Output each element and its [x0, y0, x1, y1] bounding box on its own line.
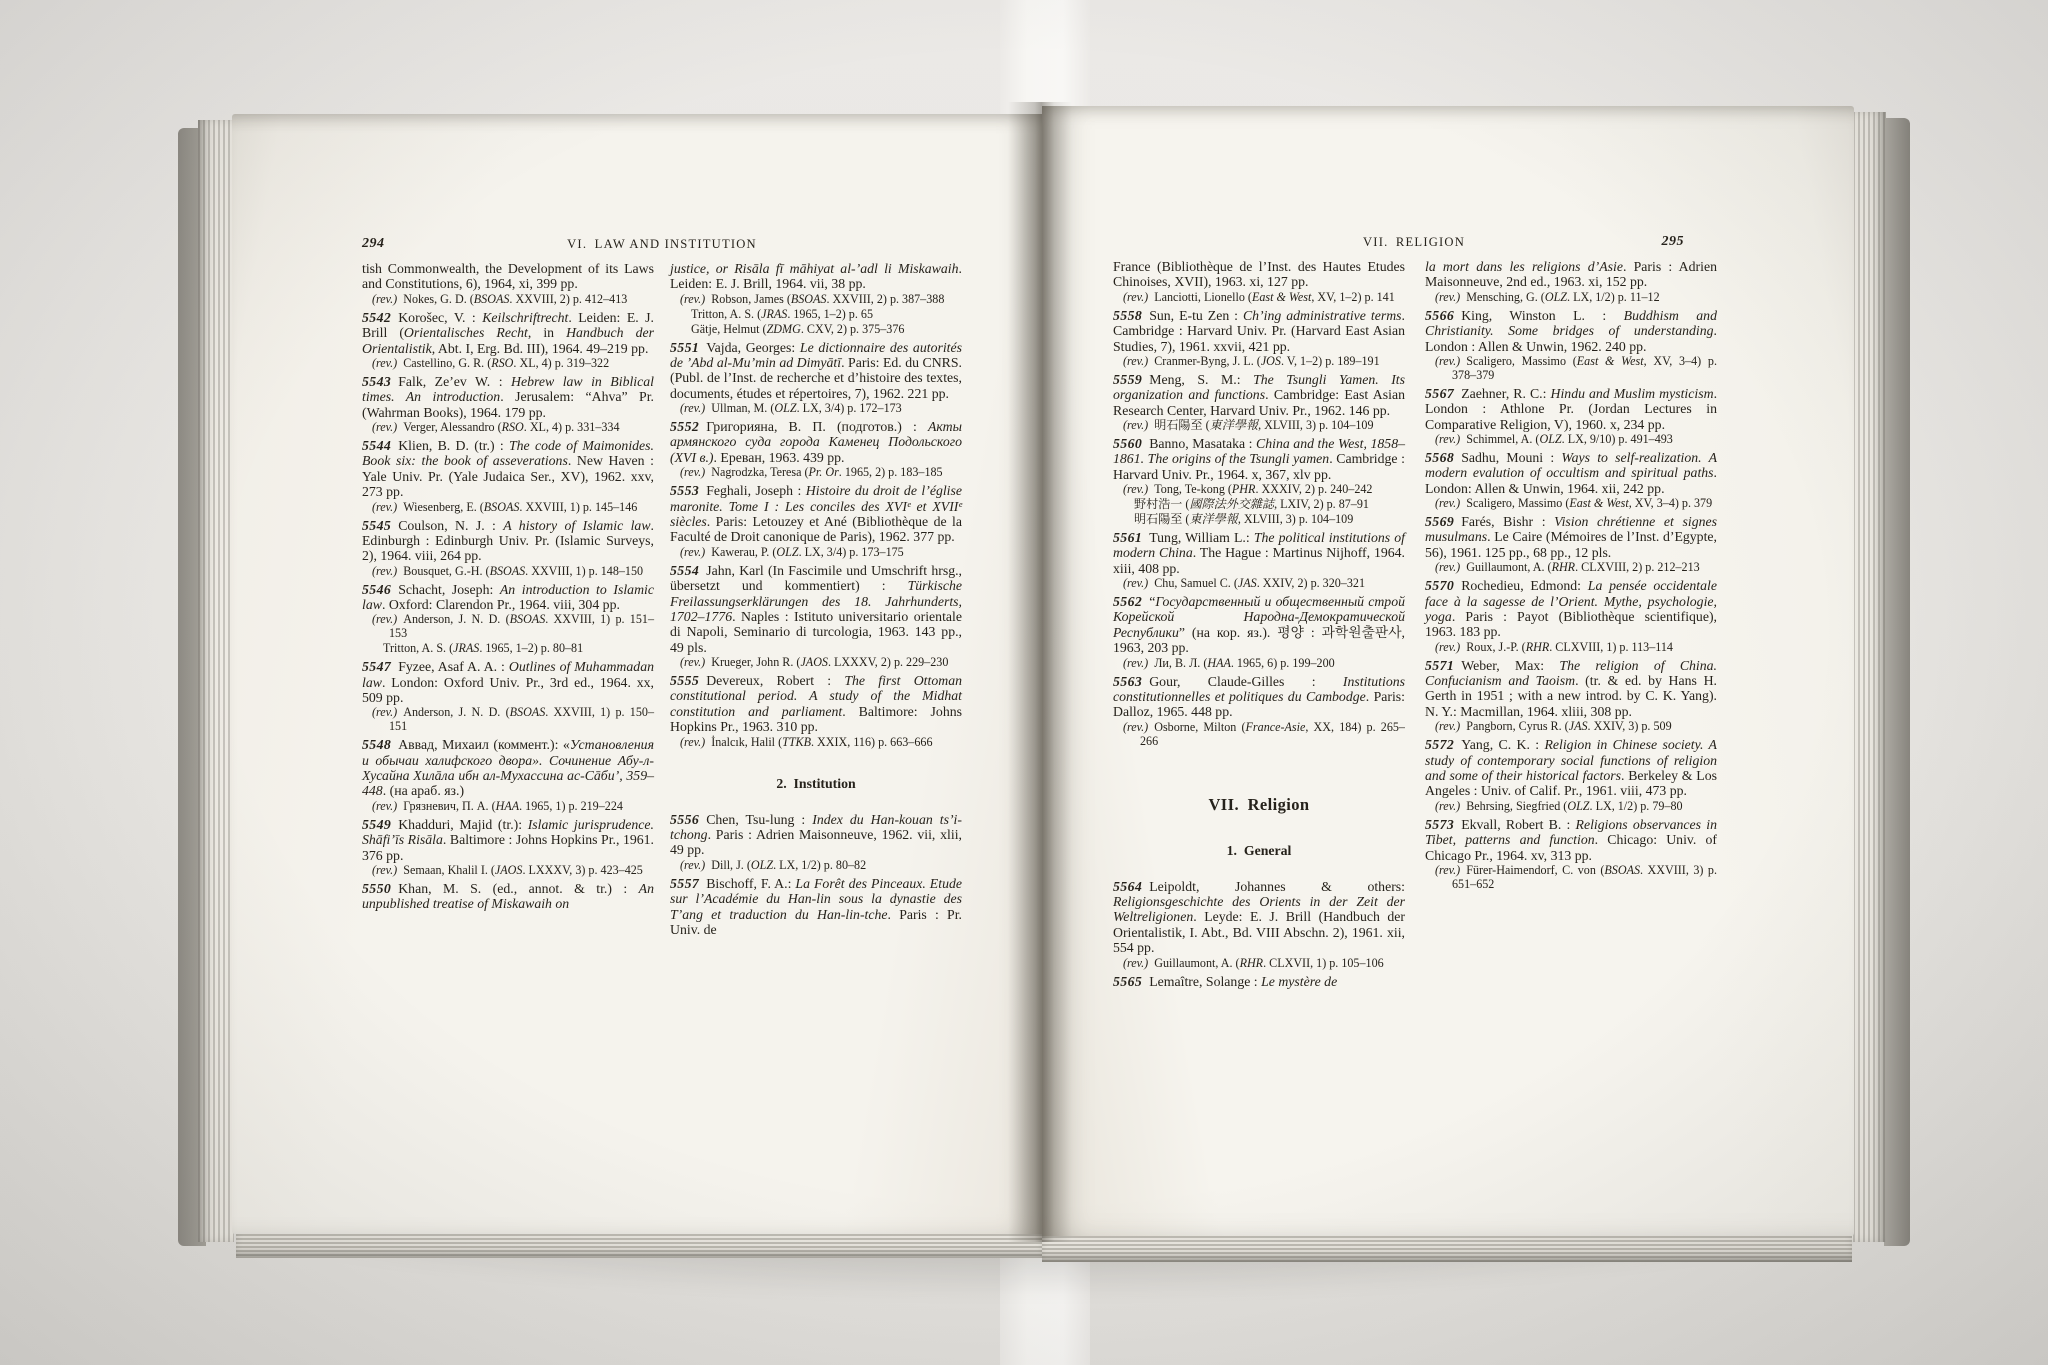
entry-number: 5565 — [1113, 974, 1149, 989]
reviewer-name: Nokes, G. D. ( — [403, 292, 474, 306]
review-citation: . 1965, 2) p. 183–185 — [839, 465, 943, 479]
entry-number: 5567 — [1425, 386, 1461, 401]
review-citation: . XXVIII, 1) p. 148–150 — [525, 564, 643, 578]
body-text: Ekvall, Robert B. : — [1461, 817, 1575, 832]
review-label: (rev.) — [1123, 482, 1154, 496]
bib-entry: 5542Korošec, V. : Keilschriftrecht. Leid… — [362, 310, 654, 356]
journal-abbreviation: ZDMG — [767, 322, 801, 336]
review-line: (rev.) Ullman, M. (OLZ. LX, 3/4) p. 172–… — [670, 402, 962, 416]
entry-number: 5570 — [1425, 578, 1461, 593]
review-label: (rev.) — [372, 500, 403, 514]
reviewer-name: Dill, J. ( — [711, 858, 751, 872]
entry-number: 5559 — [1113, 372, 1149, 387]
review-line: (rev.) Nokes, G. D. (BSOAS. XXVIII, 2) p… — [362, 293, 654, 307]
journal-abbreviation: PHR — [1232, 482, 1256, 496]
entry-number: 5573 — [1425, 817, 1461, 832]
review-citation: . CLXVIII, 1) p. 113–114 — [1549, 640, 1673, 654]
review-citation: . 1965, 1–2) p. 65 — [787, 307, 873, 321]
body-text: Meng, S. M.: — [1149, 372, 1253, 387]
bib-entry: 5554Jahn, Karl (In Fascimile und Umschri… — [670, 563, 962, 655]
entry-number: 5543 — [362, 374, 398, 389]
review-citation: , LXIV, 2) p. 87–91 — [1274, 497, 1369, 511]
journal-abbreviation: RSO — [502, 420, 524, 434]
reviewer-name: Anderson, J. N. D. ( — [403, 612, 509, 626]
work-title: Le mystère de — [1261, 974, 1337, 989]
journal-abbreviation: JAS — [1569, 719, 1588, 733]
journal-abbreviation: OLZ — [774, 401, 796, 415]
body-text: Zaehner, R. C.: — [1461, 386, 1550, 401]
bib-entry: 5549Khadduri, Majid (tr.): Islamic juris… — [362, 817, 654, 863]
review-line: (rev.) Osborne, Milton (France-Asie, XX,… — [1113, 721, 1405, 749]
review-line: Tritton, A. S. (JRAS. 1965, 1–2) p. 80–8… — [362, 642, 654, 656]
bib-entry: 5558Sun, E-tu Zen : Ch’ing administrativ… — [1113, 308, 1405, 354]
journal-abbreviation: НАА — [1207, 656, 1231, 670]
body-text: Bischoff, F. A.: — [706, 876, 795, 891]
work-title: Orientalisches Recht — [404, 325, 528, 340]
review-line: (rev.) Ли, В. Л. (НАА. 1965, 6) p. 199–2… — [1113, 657, 1405, 671]
bib-entry: 5566King, Winston L. : Buddhism and Chri… — [1425, 308, 1717, 354]
bib-entry: 5567Zaehner, R. C.: Hindu and Muslim mys… — [1425, 386, 1717, 432]
body-text: , Abt. I, Erg. Bd. III), 1964. 49–219 pp… — [432, 341, 649, 356]
bib-entry: 5557Bischoff, F. A.: La Forêt des Pincea… — [670, 876, 962, 938]
section-heading: VII. Religion — [1113, 795, 1405, 815]
review-label: (rev.) — [680, 465, 711, 479]
bib-entry: 5545Coulson, N. J. : A history of Islami… — [362, 518, 654, 564]
review-citation: . XXVIII, 2) p. 387–388 — [826, 292, 944, 306]
bib-entry: 5547Fyzee, Asaf A. A. : Outlines of Muha… — [362, 659, 654, 705]
body-text: . Ереван, 1963. 439 pp. — [714, 450, 845, 465]
journal-abbreviation: East & West — [1569, 496, 1628, 510]
review-label: (rev.) — [1123, 576, 1154, 590]
entry-number: 5572 — [1425, 737, 1461, 752]
review-label: (rev.) — [1435, 799, 1466, 813]
body-text: Farés, Bishr : — [1461, 514, 1554, 529]
review-line: (rev.) Roux, J.-P. (RHR. CLXVIII, 1) p. … — [1425, 641, 1717, 655]
review-citation: , XLVIII, 3) p. 104–109 — [1258, 418, 1373, 432]
journal-abbreviation: BSOAS — [510, 612, 546, 626]
review-line: (rev.) Scaligero, Massimo (East & West, … — [1425, 497, 1717, 511]
body-text: Khan, M. S. (ed., annot. & tr.) : — [398, 881, 638, 896]
bib-entry: 5568Sadhu, Mouni : Ways to self-realizat… — [1425, 450, 1717, 496]
body-text: . Oxford: Clarendon Pr., 1964. viii, 304… — [382, 597, 620, 612]
review-citation: . XXVIII, 2) p. 412–413 — [509, 292, 627, 306]
reviewer-name: Ullman, M. ( — [711, 401, 774, 415]
review-label: (rev.) — [1435, 290, 1466, 304]
review-label: (rev.) — [372, 799, 403, 813]
review-citation: . XL, 4) p. 331–334 — [524, 420, 620, 434]
column-4: la mort dans les religions d’Asie. Paris… — [1425, 259, 1717, 892]
review-citation: . 1965, 6) p. 199–200 — [1231, 656, 1335, 670]
journal-abbreviation: TTKB — [782, 735, 811, 749]
column-2: justice, or Risāla fī māhiyat al-’adl li… — [670, 261, 962, 937]
body-text: Tung, William L.: — [1149, 530, 1254, 545]
reviewer-name: Guillaumont, A. ( — [1154, 956, 1239, 970]
reviewer-name: Robson, James ( — [711, 292, 791, 306]
review-line: (rev.) Semaan, Khalil I. (JAOS. LXXXV, 3… — [362, 864, 654, 878]
entry-number: 5563 — [1113, 674, 1149, 689]
right-page: VII. RELIGION 295 France (Bibliothèque d… — [1042, 106, 1854, 1236]
review-line: (rev.) Tong, Te-kong (PHR. XXXIV, 2) p. … — [1113, 483, 1405, 497]
reviewer-name: Roux, J.-P. ( — [1466, 640, 1525, 654]
reviewer-name: Guillaumont, A. ( — [1466, 560, 1551, 574]
review-line: (rev.) Behrsing, Siegfried (OLZ. LX, 1/2… — [1425, 800, 1717, 814]
body-text: Leipoldt, Johannes & others: — [1149, 879, 1405, 894]
bib-entry-continuation: tish Commonwealth, the Development of it… — [362, 261, 654, 292]
review-line: (rev.) Mensching, G. (OLZ. LX, 1/2) p. 1… — [1425, 291, 1717, 305]
reviewer-name: Bousquet, G.-H. ( — [403, 564, 489, 578]
entry-number: 5555 — [670, 673, 706, 688]
review-line: (rev.) Kawerau, P. (OLZ. LX, 3/4) p. 173… — [670, 546, 962, 560]
journal-abbreviation: 東洋學報 — [1189, 512, 1237, 526]
review-label: (rev.) — [680, 545, 711, 559]
review-line: (rev.) Guillaumont, A. (RHR. CLXVII, 1) … — [1113, 957, 1405, 971]
work-title: Keilschriftrecht — [482, 310, 568, 325]
entry-number: 5544 — [362, 438, 398, 453]
review-label: (rev.) — [372, 564, 403, 578]
bib-entry: 5555Devereux, Robert : The first Ottoman… — [670, 673, 962, 735]
body-text: Coulson, N. J. : — [398, 518, 503, 533]
review-citation: . CLXVII, 1) p. 105–106 — [1263, 956, 1384, 970]
review-citation: . 1965, 1) p. 219–224 — [519, 799, 623, 813]
review-label: (rev.) — [680, 401, 711, 415]
review-line: (rev.) Anderson, J. N. D. (BSOAS. XXVIII… — [362, 613, 654, 641]
review-citation: . XXIX, 116) p. 663–666 — [811, 735, 933, 749]
review-line: (rev.) Nagrodzka, Teresa (Pr. Or. 1965, … — [670, 466, 962, 480]
body-text: Schacht, Joseph: — [398, 582, 500, 597]
bib-entry: 5546Schacht, Joseph: An introduction to … — [362, 582, 654, 613]
review-label: (rev.) — [372, 356, 403, 370]
reviewer-name: Gätje, Helmut ( — [691, 322, 767, 336]
journal-abbreviation: JAOS — [800, 655, 828, 669]
body-text: Vajda, Georges: — [706, 340, 800, 355]
reviewer-name: İnalcık, Halil ( — [711, 735, 782, 749]
entry-number: 5542 — [362, 310, 398, 325]
page-stack-right — [1850, 112, 1886, 1242]
running-head-left: VI. LAW AND INSTITUTION — [364, 237, 960, 252]
reviewer-name: Lanciotti, Lionello ( — [1154, 290, 1252, 304]
review-line: 野村浩一 (國際法外交雜誌, LXIV, 2) p. 87–91 — [1113, 498, 1405, 512]
reviewer-name: Грязневич, П. А. ( — [403, 799, 495, 813]
journal-abbreviation: BSOAS — [490, 564, 526, 578]
bib-entry: 5573Ekvall, Robert B. : Religions observ… — [1425, 817, 1717, 863]
work-title: Ch’ing administrative terms — [1243, 308, 1402, 323]
journal-abbreviation: JRAS — [761, 307, 787, 321]
page-stack-bottom-right — [1042, 1234, 1852, 1262]
review-citation: . XL, 4) p. 319–322 — [513, 356, 609, 370]
journal-abbreviation: BSOAS — [474, 292, 510, 306]
journal-abbreviation: BSOAS — [791, 292, 827, 306]
body-text: Gour, Claude-Gilles : — [1149, 674, 1343, 689]
reviewer-name: Cranmer-Byng, J. L. ( — [1154, 354, 1261, 368]
reviewer-name: Scaligero, Massimo ( — [1466, 496, 1569, 510]
review-line: (rev.) Robson, James (BSOAS. XXVIII, 2) … — [670, 293, 962, 307]
review-label: (rev.) — [1123, 720, 1154, 734]
body-text: Devereux, Robert : — [706, 673, 844, 688]
review-line: (rev.) Guillaumont, A. (RHR. CLXVIII, 2)… — [1425, 561, 1717, 575]
bib-entry: 5563Gour, Claude-Gilles : Institutions c… — [1113, 674, 1405, 720]
reviewer-name: Tritton, A. S. ( — [691, 307, 761, 321]
bib-entry: 5571Weber, Max: The religion of China. C… — [1425, 658, 1717, 720]
entry-number: 5566 — [1425, 308, 1461, 323]
page-stack-bottom-left — [236, 1232, 1042, 1258]
review-citation: , XV, 3–4) p. 379 — [1629, 496, 1712, 510]
review-label: (rev.) — [1435, 719, 1466, 733]
bib-entry: 5552Григорияна, В. П. (подготов.) : Акты… — [670, 419, 962, 465]
body-text: France (Bibliothèque de l’Inst. des Haut… — [1113, 259, 1405, 289]
review-label: (rev.) — [680, 735, 711, 749]
body-text: . London: Oxford Univ. Pr., 3rd ed., 196… — [362, 675, 654, 705]
journal-abbreviation: RHR — [1552, 560, 1576, 574]
reviewer-name: Tritton, A. S. ( — [383, 641, 453, 655]
reviewer-name: Chu, Samuel C. ( — [1154, 576, 1238, 590]
body-text: . Paris : Adrien Maisonneuve, 1962. vii,… — [670, 827, 962, 857]
bib-entry: 5550Khan, M. S. (ed., annot. & tr.) : An… — [362, 881, 654, 912]
review-label: (rev.) — [1123, 656, 1154, 670]
reviewer-name: Kawerau, P. ( — [711, 545, 776, 559]
review-citation: . XXVIII, 1) p. 145–146 — [519, 500, 637, 514]
review-label: (rev.) — [1435, 496, 1466, 510]
review-label: (rev.) — [372, 705, 403, 719]
work-title: A history of Islamic law — [503, 518, 650, 533]
reviewer-name: 明石陽至 ( — [1154, 418, 1209, 432]
entry-number: 5571 — [1425, 658, 1461, 673]
review-citation: . XXXIV, 2) p. 240–242 — [1255, 482, 1372, 496]
bib-entry: 5570Rochedieu, Edmond: La pensée occiden… — [1425, 578, 1717, 640]
book-photo: 294 VI. LAW AND INSTITUTION tish Commonw… — [0, 0, 2048, 1365]
entry-number: 5545 — [362, 518, 398, 533]
bib-entry: 5561Tung, William L.: The political inst… — [1113, 530, 1405, 576]
body-text: Lemaître, Solange : — [1149, 974, 1261, 989]
entry-number: 5552 — [670, 419, 706, 434]
entry-number: 5551 — [670, 340, 706, 355]
review-citation: . 1965, 1–2) p. 80–81 — [479, 641, 583, 655]
review-line: (rev.) Грязневич, П. А. (НАА. 1965, 1) p… — [362, 800, 654, 814]
entry-number: 5549 — [362, 817, 398, 832]
journal-abbreviation: OLZ — [1545, 290, 1567, 304]
body-text: Yang, C. K. : — [1461, 737, 1544, 752]
journal-abbreviation: OLZ — [1567, 799, 1589, 813]
review-label: (rev.) — [1435, 640, 1466, 654]
reviewer-name: Verger, Alessandro ( — [403, 420, 501, 434]
body-text: Chen, Tsu-lung : — [706, 812, 812, 827]
body-text: Khadduri, Majid (tr.): — [398, 817, 527, 832]
body-text: Григорияна, В. П. (подготов.) : — [706, 419, 928, 434]
bib-entry: 5543Falk, Ze’ev W. : Hebrew law in Bibli… — [362, 374, 654, 420]
body-text: Rochedieu, Edmond: — [1461, 578, 1588, 593]
review-label: (rev.) — [1123, 354, 1154, 368]
body-text: Аввад, Михаил (коммент.): « — [398, 737, 570, 752]
review-citation: , XLVIII, 3) p. 104–109 — [1238, 512, 1353, 526]
bib-entry: 5544Klien, B. D. (tr.) : The code of Mai… — [362, 438, 654, 500]
body-text: . Paris: Letouzey et Ané (Bibliothèque d… — [670, 514, 962, 544]
journal-abbreviation: BSOAS — [484, 500, 520, 514]
reviewer-name: Wiesenberg, E. ( — [403, 500, 484, 514]
entry-number: 5550 — [362, 881, 398, 896]
reviewer-name: 明石陽至 ( — [1134, 512, 1189, 526]
bib-entry: 5569Farés, Bishr : Vision chrétienne et … — [1425, 514, 1717, 560]
entry-number: 5554 — [670, 563, 706, 578]
review-citation: . LX, 9/10) p. 491–493 — [1562, 432, 1673, 446]
work-title: justice, or Risāla fī māhiyat al-’adl li… — [670, 261, 959, 276]
journal-abbreviation: OLZ — [751, 858, 773, 872]
body-text: King, Winston L. : — [1461, 308, 1623, 323]
section-heading: 2. Institution — [670, 776, 962, 792]
journal-abbreviation: Pr. Or — [809, 465, 839, 479]
review-citation: . XXIV, 3) p. 509 — [1588, 719, 1672, 733]
review-label: (rev.) — [1123, 956, 1154, 970]
reviewer-name: 野村浩一 ( — [1134, 497, 1189, 511]
review-line: (rev.) Anderson, J. N. D. (BSOAS. XXVIII… — [362, 706, 654, 734]
review-line: (rev.) Fürer-Haimendorf, C. von (BSOAS. … — [1425, 864, 1717, 892]
journal-abbreviation: OLZ — [1539, 432, 1561, 446]
review-line: (rev.) 明石陽至 (東洋學報, XLVIII, 3) p. 104–109 — [1113, 419, 1405, 433]
review-citation: . LX, 3/4) p. 173–175 — [799, 545, 904, 559]
review-line: (rev.) Verger, Alessandro (RSO. XL, 4) p… — [362, 421, 654, 435]
review-line: Gätje, Helmut (ZDMG. CXV, 2) p. 375–376 — [670, 323, 962, 337]
bib-entry-continuation: France (Bibliothèque de l’Inst. des Haut… — [1113, 259, 1405, 290]
body-text: Sadhu, Mouni : — [1461, 450, 1561, 465]
review-line: (rev.) Pangborn, Cyrus R. (JAS. XXIV, 3)… — [1425, 720, 1717, 734]
bib-entry: 5548Аввад, Михаил (коммент.): «Установле… — [362, 737, 654, 799]
review-line: (rev.) Cranmer-Byng, J. L. (JOS. V, 1–2)… — [1113, 355, 1405, 369]
body-text: , in — [528, 325, 566, 340]
review-line: 明石陽至 (東洋學報, XLVIII, 3) p. 104–109 — [1113, 513, 1405, 527]
bib-entry: 5560Banno, Masataka : China and the West… — [1113, 436, 1405, 482]
review-citation: . LX, 3/4) p. 172–173 — [797, 401, 902, 415]
journal-abbreviation: JAOS — [495, 863, 523, 877]
journal-abbreviation: JAS — [1238, 576, 1257, 590]
reviewer-name: Nagrodzka, Teresa ( — [711, 465, 808, 479]
journal-abbreviation: 國際法外交雜誌 — [1189, 497, 1274, 511]
entry-number: 5569 — [1425, 514, 1461, 529]
review-line: (rev.) Dill, J. (OLZ. LX, 1/2) p. 80–82 — [670, 859, 962, 873]
review-label: (rev.) — [1123, 418, 1154, 432]
review-citation: . CXV, 2) p. 375–376 — [801, 322, 905, 336]
review-label: (rev.) — [372, 292, 403, 306]
review-label: (rev.) — [372, 420, 403, 434]
reviewer-name: Mensching, G. ( — [1466, 290, 1545, 304]
review-label: (rev.) — [1435, 354, 1466, 368]
journal-abbreviation: RHR — [1240, 956, 1264, 970]
review-label: (rev.) — [1123, 290, 1154, 304]
work-title: la mort dans les religions d’Asie — [1425, 259, 1623, 274]
review-citation: . LXXXV, 2) p. 229–230 — [828, 655, 948, 669]
journal-abbreviation: BSOAS — [510, 705, 546, 719]
work-title: Hindu and Muslim mysticism — [1551, 386, 1714, 401]
review-line: (rev.) Krueger, John R. (JAOS. LXXXV, 2)… — [670, 656, 962, 670]
body-text: tish Commonwealth, the Development of it… — [362, 261, 654, 291]
journal-abbreviation: JRAS — [453, 641, 479, 655]
bib-entry: 5551Vajda, Georges: Le dictionnaire des … — [670, 340, 962, 402]
book-cover-right-edge — [1884, 118, 1910, 1246]
section-heading: 1. General — [1113, 843, 1405, 859]
review-citation: . LXXXV, 3) p. 423–425 — [522, 863, 642, 877]
review-label: (rev.) — [680, 858, 711, 872]
review-citation: . V, 1–2) p. 189–191 — [1281, 354, 1380, 368]
review-label: (rev.) — [372, 863, 403, 877]
journal-abbreviation: OLZ — [776, 545, 798, 559]
entry-number: 5557 — [670, 876, 706, 891]
journal-abbreviation: 東洋學報 — [1210, 418, 1258, 432]
entry-number: 5560 — [1113, 436, 1149, 451]
body-text: . (на араб. яз.) — [383, 783, 464, 798]
page-stack-left — [198, 120, 234, 1242]
bib-entry: 5565Lemaître, Solange : Le mystère de — [1113, 974, 1405, 989]
review-label: (rev.) — [680, 655, 711, 669]
journal-abbreviation: East & West — [1577, 354, 1644, 368]
body-text: . Paris : Payot (Bibliothèque scientifiq… — [1425, 609, 1717, 639]
entry-number: 5558 — [1113, 308, 1149, 323]
review-citation: . CLXVIII, 2) p. 212–213 — [1575, 560, 1700, 574]
reviewer-name: Castellino, G. R. ( — [403, 356, 491, 370]
review-label: (rev.) — [372, 612, 403, 626]
review-citation: , XV, 1–2) p. 141 — [1311, 290, 1394, 304]
review-line: Tritton, A. S. (JRAS. 1965, 1–2) p. 65 — [670, 308, 962, 322]
entry-number: 5564 — [1113, 879, 1149, 894]
bib-entry-continuation: justice, or Risāla fī māhiyat al-’adl li… — [670, 261, 962, 292]
reviewer-name: Scaligero, Massimo ( — [1466, 354, 1577, 368]
review-citation: . LX, 1/2) p. 79–80 — [1590, 799, 1683, 813]
review-citation: . XXIV, 2) p. 320–321 — [1257, 576, 1365, 590]
reviewer-name: Anderson, J. N. D. ( — [403, 705, 509, 719]
bib-entry: 5556Chen, Tsu-lung : Index du Han-kouan … — [670, 812, 962, 858]
page-number-right: 295 — [1602, 234, 1684, 250]
body-text: Klien, B. D. (tr.) : — [398, 438, 509, 453]
bib-entry: 5553Feghali, Joseph : Histoire du droit … — [670, 483, 962, 545]
review-label: (rev.) — [1435, 863, 1466, 877]
body-text: Korošec, V. : — [398, 310, 482, 325]
body-text: Falk, Ze’ev W. : — [398, 374, 511, 389]
journal-abbreviation: НАА — [496, 799, 520, 813]
entry-number: 5561 — [1113, 530, 1149, 545]
bib-entry-continuation: la mort dans les religions d’Asie. Paris… — [1425, 259, 1717, 290]
reviewer-name: Pangborn, Cyrus R. ( — [1466, 719, 1568, 733]
reviewer-name: Fürer-Haimendorf, C. von ( — [1466, 863, 1604, 877]
reviewer-name: Semaan, Khalil I. ( — [403, 863, 495, 877]
reviewer-name: Tong, Te-kong ( — [1154, 482, 1232, 496]
body-text: Banno, Masataka : — [1149, 436, 1256, 451]
review-line: (rev.) Wiesenberg, E. (BSOAS. XXVIII, 1)… — [362, 501, 654, 515]
book-cradle-strip-top — [1000, 0, 1090, 122]
entry-number: 5568 — [1425, 450, 1461, 465]
left-page: 294 VI. LAW AND INSTITUTION tish Commonw… — [232, 114, 1042, 1234]
review-line: (rev.) Chu, Samuel C. (JAS. XXIV, 2) p. … — [1113, 577, 1405, 591]
journal-abbreviation: France-Asie — [1246, 720, 1306, 734]
body-text: Weber, Max: — [1461, 658, 1559, 673]
reviewer-name: Osborne, Milton ( — [1154, 720, 1245, 734]
entry-number: 5546 — [362, 582, 398, 597]
review-line: (rev.) Castellino, G. R. (RSO. XL, 4) p.… — [362, 357, 654, 371]
review-label: (rev.) — [1435, 432, 1466, 446]
entry-number: 5548 — [362, 737, 398, 752]
journal-abbreviation: RHR — [1526, 640, 1550, 654]
entry-number: 5562 — [1113, 594, 1149, 609]
journal-abbreviation: JOS — [1261, 354, 1281, 368]
column-1: tish Commonwealth, the Development of it… — [362, 261, 654, 912]
entry-number: 5547 — [362, 659, 398, 674]
bib-entry: 5564Leipoldt, Johannes & others: Religio… — [1113, 879, 1405, 956]
journal-abbreviation: RSO — [491, 356, 513, 370]
journal-abbreviation: BSOAS — [1604, 863, 1640, 877]
reviewer-name: Behrsing, Siegfried ( — [1466, 799, 1567, 813]
body-text: Fyzee, Asaf A. A. : — [398, 659, 509, 674]
entry-number: 5553 — [670, 483, 706, 498]
column-3: France (Bibliothèque de l’Inst. des Haut… — [1113, 259, 1405, 989]
review-line: (rev.) Schimmel, A. (OLZ. LX, 9/10) p. 4… — [1425, 433, 1717, 447]
body-text: Feghali, Joseph : — [706, 483, 806, 498]
review-citation: . LX, 1/2) p. 80–82 — [773, 858, 866, 872]
review-label: (rev.) — [1435, 560, 1466, 574]
